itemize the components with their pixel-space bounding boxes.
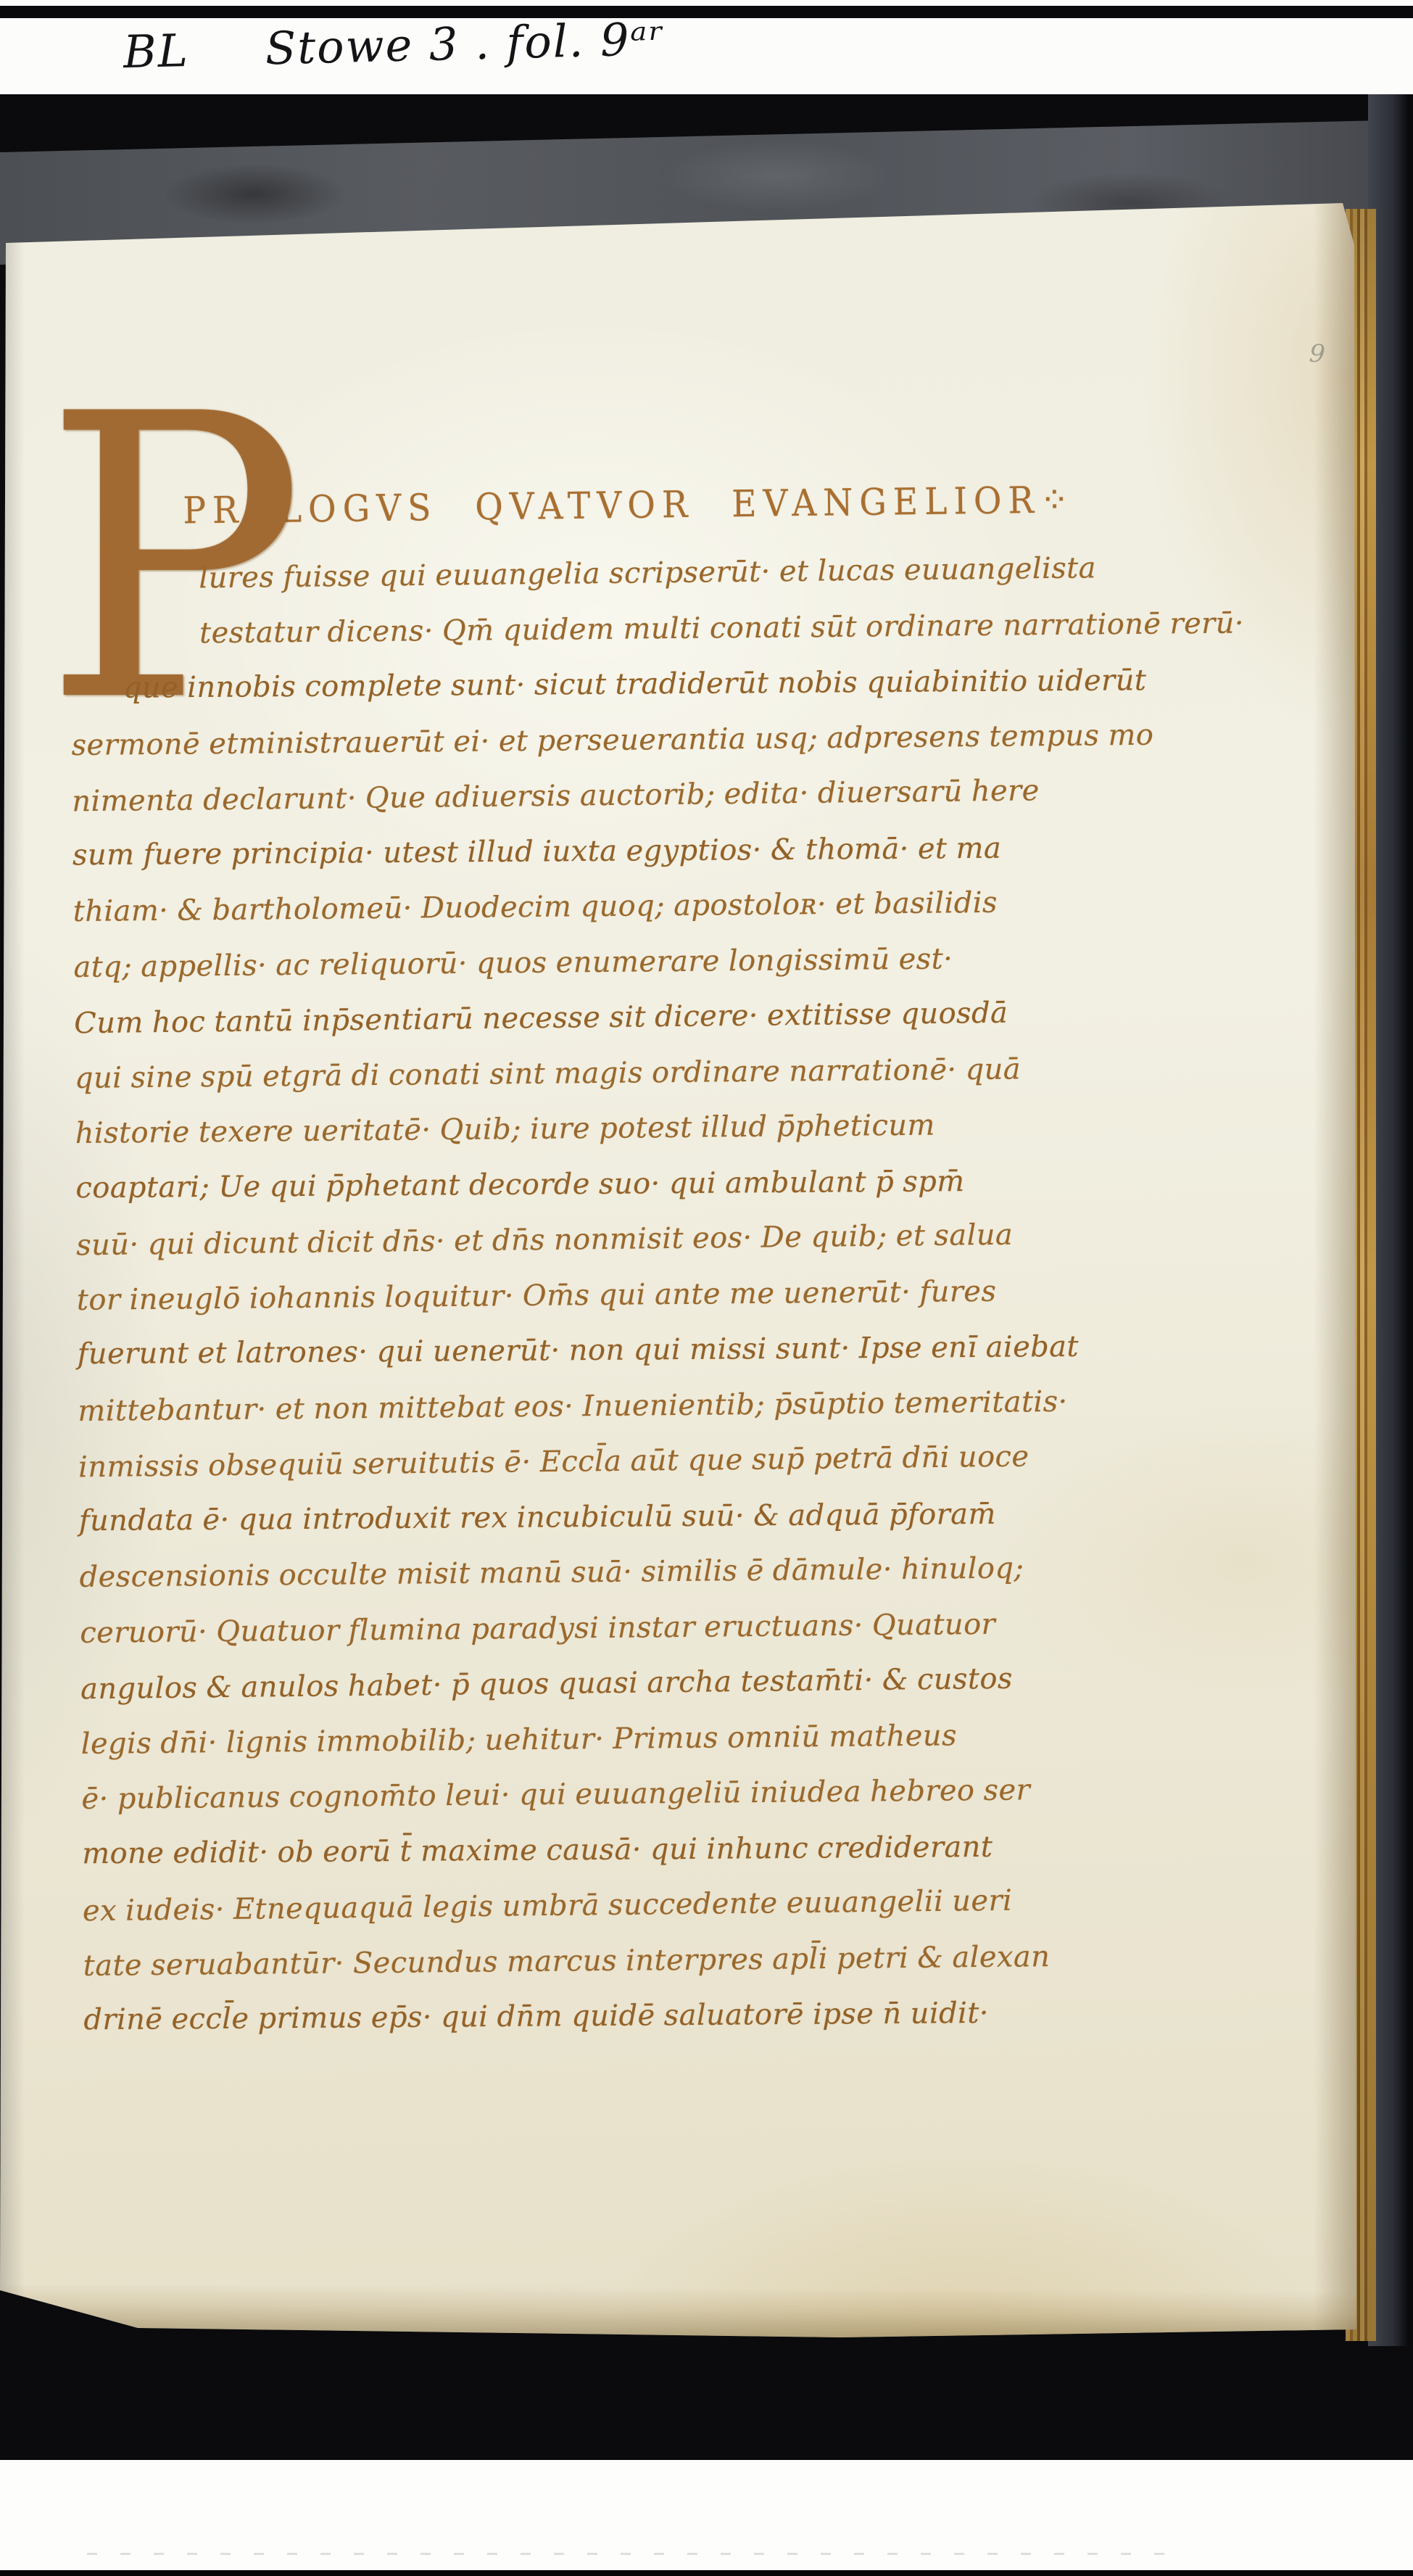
manuscript-line: sum fuere principia· utest illud iuxta e…: [72, 819, 1215, 883]
manuscript-line: fundata ē· qua introduxit rex incubiculū…: [79, 1485, 1222, 1548]
scanner-strip-bottom: [0, 2460, 1413, 2570]
manuscript-page: 9 PROLOGVS QVATVOR EVANGELIOR⁘ P lures f…: [0, 94, 1413, 2460]
text-block: lures fuisse qui euuangelia scripserūt· …: [70, 540, 1226, 2049]
manuscript-scan: BLStowe 3 . fol. 9ᵃʳ 9 PROLOGVS QVATVOR …: [0, 0, 1413, 2576]
manuscript-line: ē· publicanus cognom̄to leui· qui euuang…: [81, 1761, 1224, 1828]
manuscript-line: drinē eccl̄e primus ep̄s· qui dn̄m quidē…: [83, 1983, 1226, 2047]
manuscript-line: historie texere ueritatē· Quib; iure pot…: [75, 1095, 1217, 1162]
manuscript-line: mone edidit· ob eorū t̄ maxime causā· qu…: [82, 1817, 1225, 1881]
manuscript-line: fuerunt et latrones· qui uenerūt· non qu…: [77, 1318, 1219, 1382]
pencil-folio-number: 9: [1309, 339, 1326, 368]
manuscript-line: coaptari; Ue qui p̄phetant decorde suo· …: [75, 1152, 1218, 1215]
scanner-strip-top: BLStowe 3 . fol. 9ᵃʳ: [0, 0, 1413, 94]
photo-field: 9 PROLOGVS QVATVOR EVANGELIOR⁘ P lures f…: [0, 94, 1413, 2460]
scan-edge-line-top: [0, 6, 1413, 18]
scan-artifact-dots: [87, 2553, 1174, 2555]
manuscript-line: que innobis complete sunt· sicut tradide…: [71, 653, 1214, 717]
shelfmark-folio: Stowe 3 . fol. 9ᵃʳ: [265, 12, 666, 75]
handwritten-shelfmark: BLStowe 3 . fol. 9ᵃʳ: [123, 12, 666, 78]
scan-edge-line-bottom: [0, 2570, 1413, 2576]
shelfmark-library: BL: [123, 24, 189, 78]
